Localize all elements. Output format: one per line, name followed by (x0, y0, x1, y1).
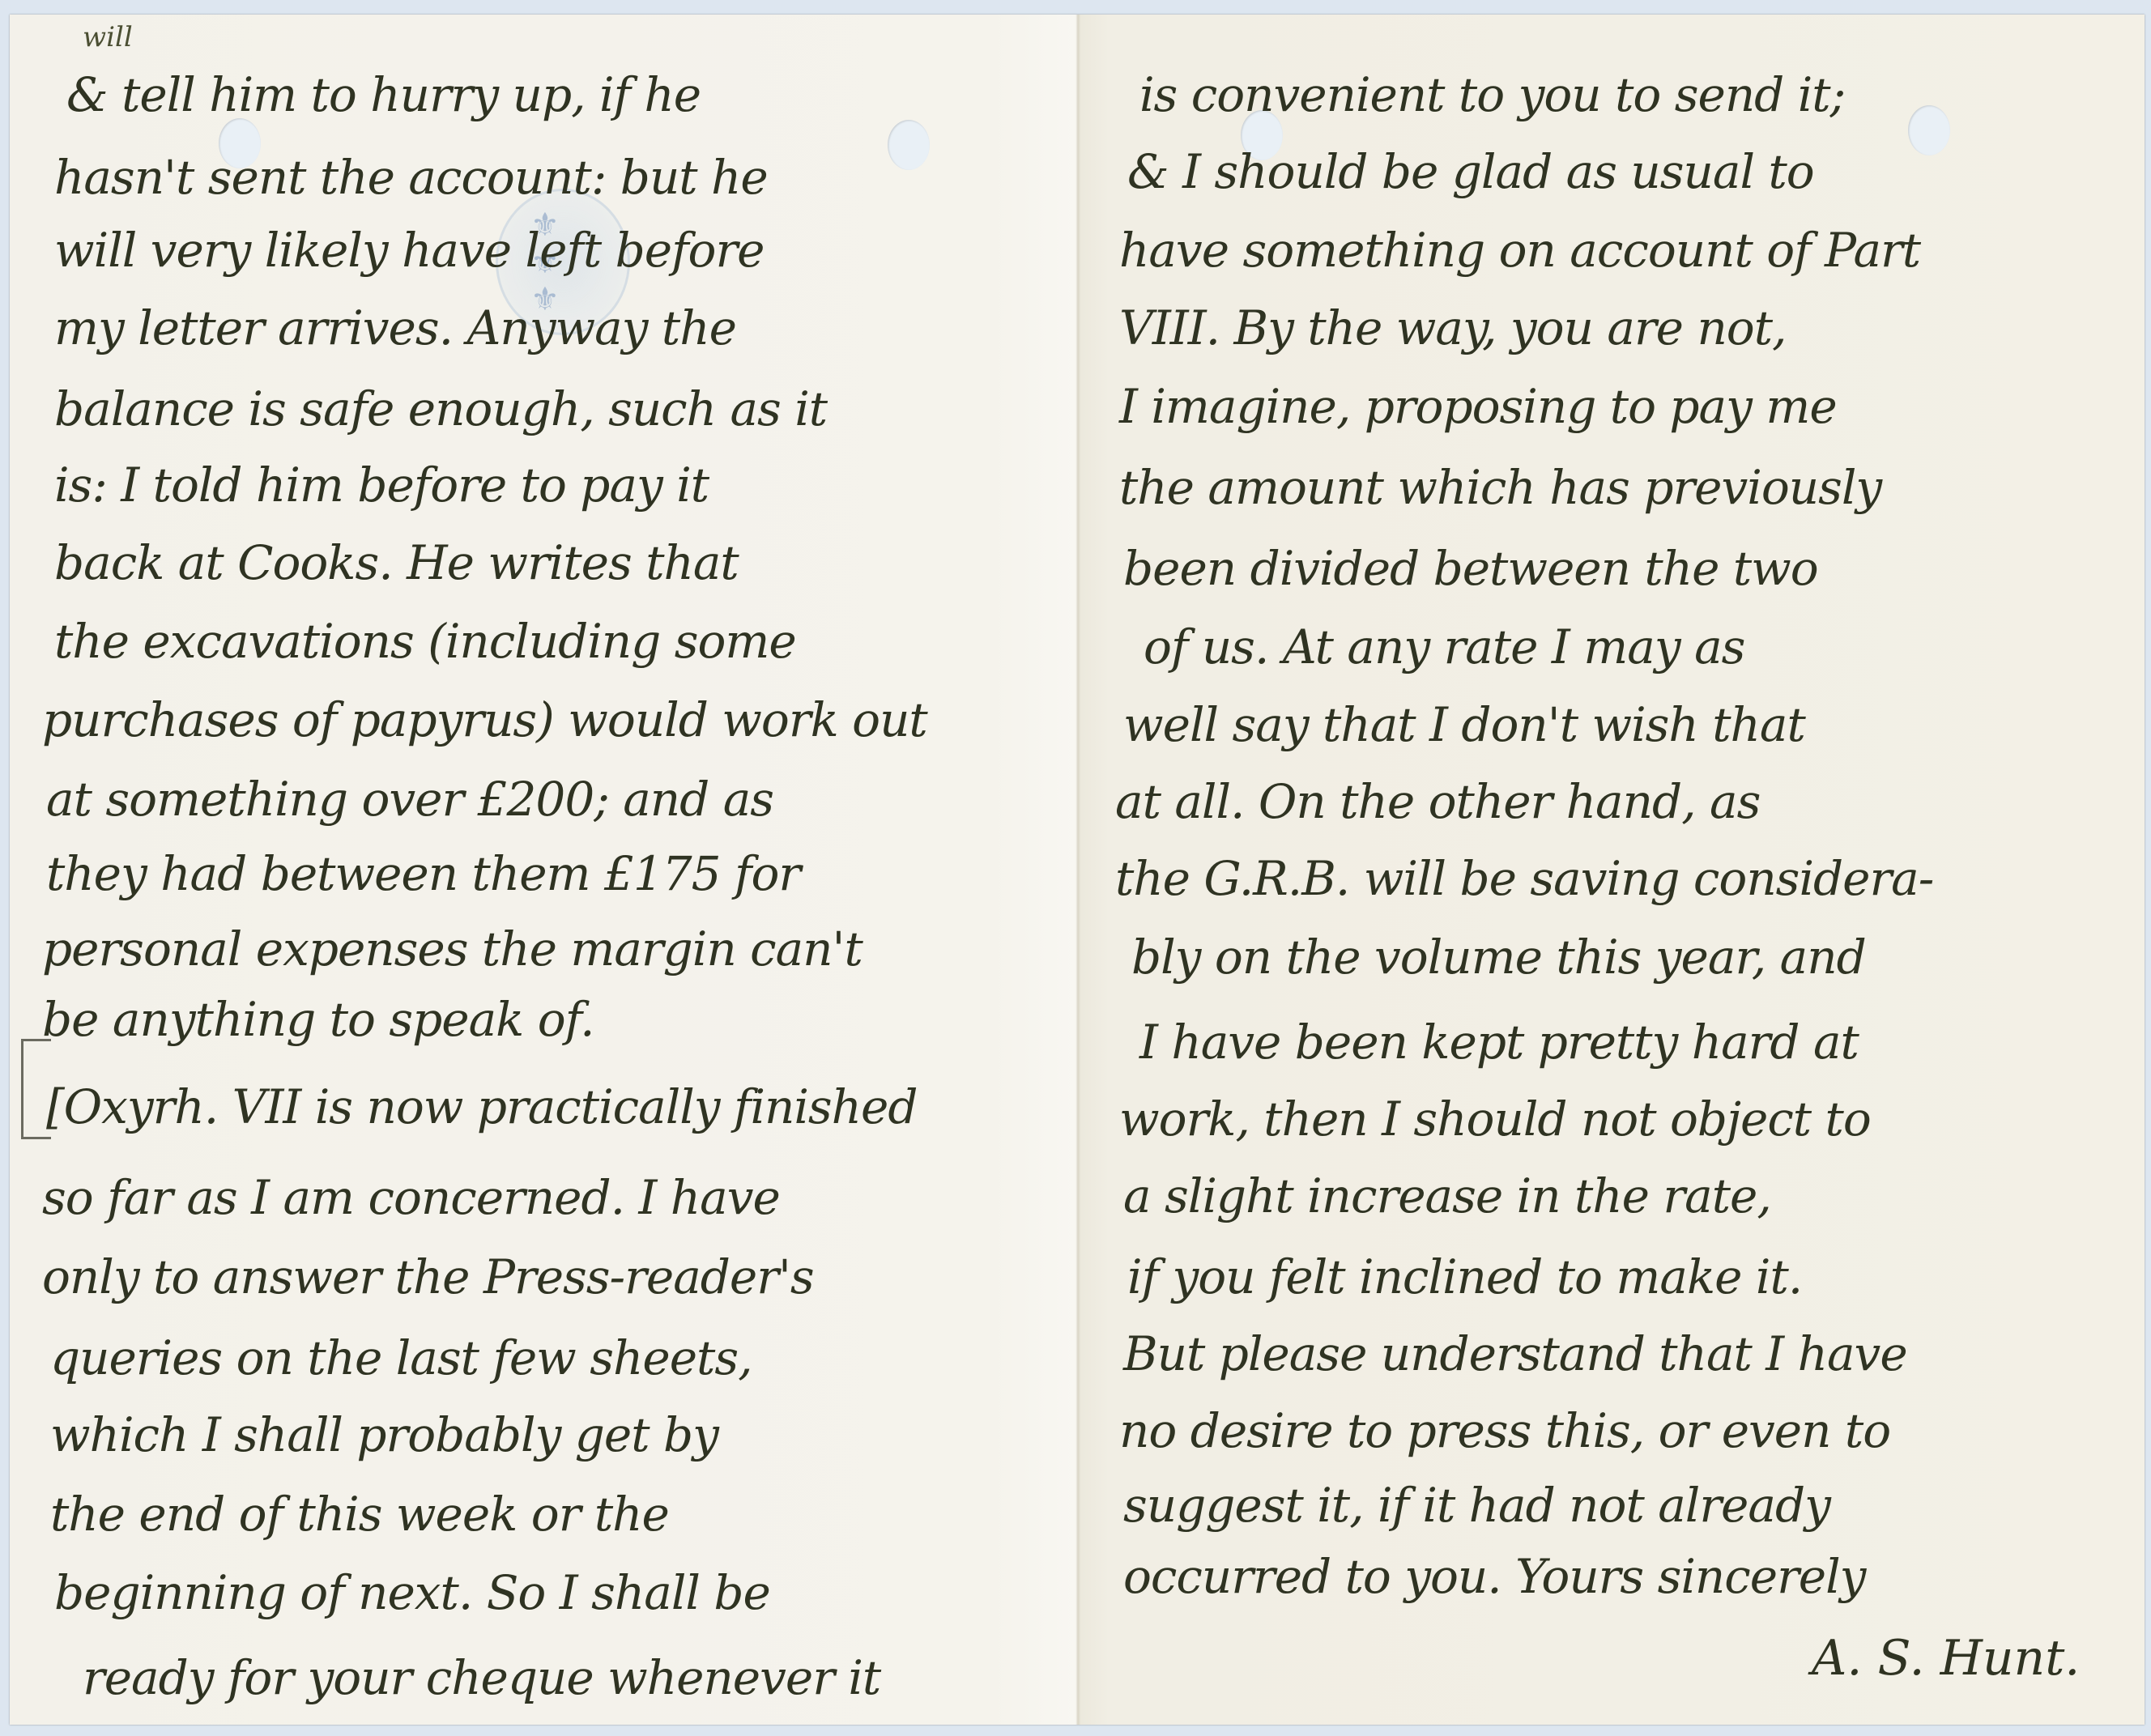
text-line: be anything to speak of. (42, 996, 594, 1043)
text-line: if you felt inclined to make it. (1127, 1253, 1802, 1300)
signature: A. S. Hunt. (1812, 1630, 2080, 1687)
text-line: only to answer the Press-reader's (42, 1253, 814, 1300)
text-line: personal expenses the margin can't (42, 925, 863, 972)
text-line: at something over £200; and as (46, 776, 773, 823)
text-line: But please understand that I have (1123, 1330, 1907, 1377)
text-line: back at Cooks. He writes that (54, 539, 739, 586)
text-line: a slight increase in the rate, (1123, 1172, 1771, 1219)
text-line: & I should be glad as usual to (1127, 148, 1814, 195)
text-line: bly on the volume this year, and (1131, 934, 1866, 981)
insertion-note: will (83, 21, 133, 53)
text-line: work, then I should not object to (1119, 1096, 1871, 1142)
text-line: been divided between the two (1123, 545, 1818, 592)
text-line: occurred to you. Yours sincerely (1123, 1553, 1865, 1600)
text-line: the G.R.B. will be saving considera- (1115, 855, 1933, 902)
page-fold (1075, 15, 1080, 1725)
text-line: my letter arrives. Anyway the (54, 304, 736, 351)
text-line: VIII. By the way, you are not, (1119, 304, 1786, 351)
punch-hole (1908, 105, 1950, 155)
text-line: of us. At any rate I may as (1144, 623, 1744, 670)
text-line: no desire to press this, or even to (1119, 1407, 1890, 1454)
text-line: the excavations (including some (54, 618, 796, 665)
text-line: have something on account of Part (1119, 227, 1920, 274)
text-line: so far as I am concerned. I have (42, 1174, 780, 1221)
text-line: & tell him to hurry up, if he (66, 71, 701, 118)
text-line: ready for your cheque whenever it (83, 1654, 880, 1701)
text-line: the end of this week or the (50, 1491, 669, 1538)
text-line: balance is safe enough, such as it (54, 385, 827, 432)
text-line: hasn't sent the account: but he (54, 154, 768, 201)
text-line: I imagine, proposing to pay me (1119, 383, 1837, 430)
text-line: the amount which has previously (1119, 464, 1881, 511)
text-line: purchases of papyrus) would work out (42, 696, 927, 743)
text-line: will very likely have left before (54, 227, 765, 274)
text-line: at all. On the other hand, as (1115, 778, 1760, 825)
text-line: is: I told him before to pay it (54, 462, 709, 508)
punch-hole (888, 120, 930, 170)
text-line: queries on the last few sheets, (50, 1334, 752, 1381)
text-line: [Oxyrh. VII is now practically finished (46, 1083, 918, 1130)
text-line: suggest it, if it had not already (1123, 1482, 1830, 1529)
text-line: is convenient to you to send it; (1139, 71, 1845, 118)
text-line: they had between them £175 for (46, 850, 800, 897)
text-line: well say that I don't wish that (1123, 701, 1805, 748)
text-line: beginning of next. So I shall be (54, 1569, 770, 1616)
letter-sheet: ⚜ ⚜ ⚜ will & tell him to hurry up, if he… (10, 15, 2145, 1725)
text-line: which I shall probably get by (50, 1411, 718, 1458)
text-line: I have been kept pretty hard at (1139, 1019, 1859, 1066)
